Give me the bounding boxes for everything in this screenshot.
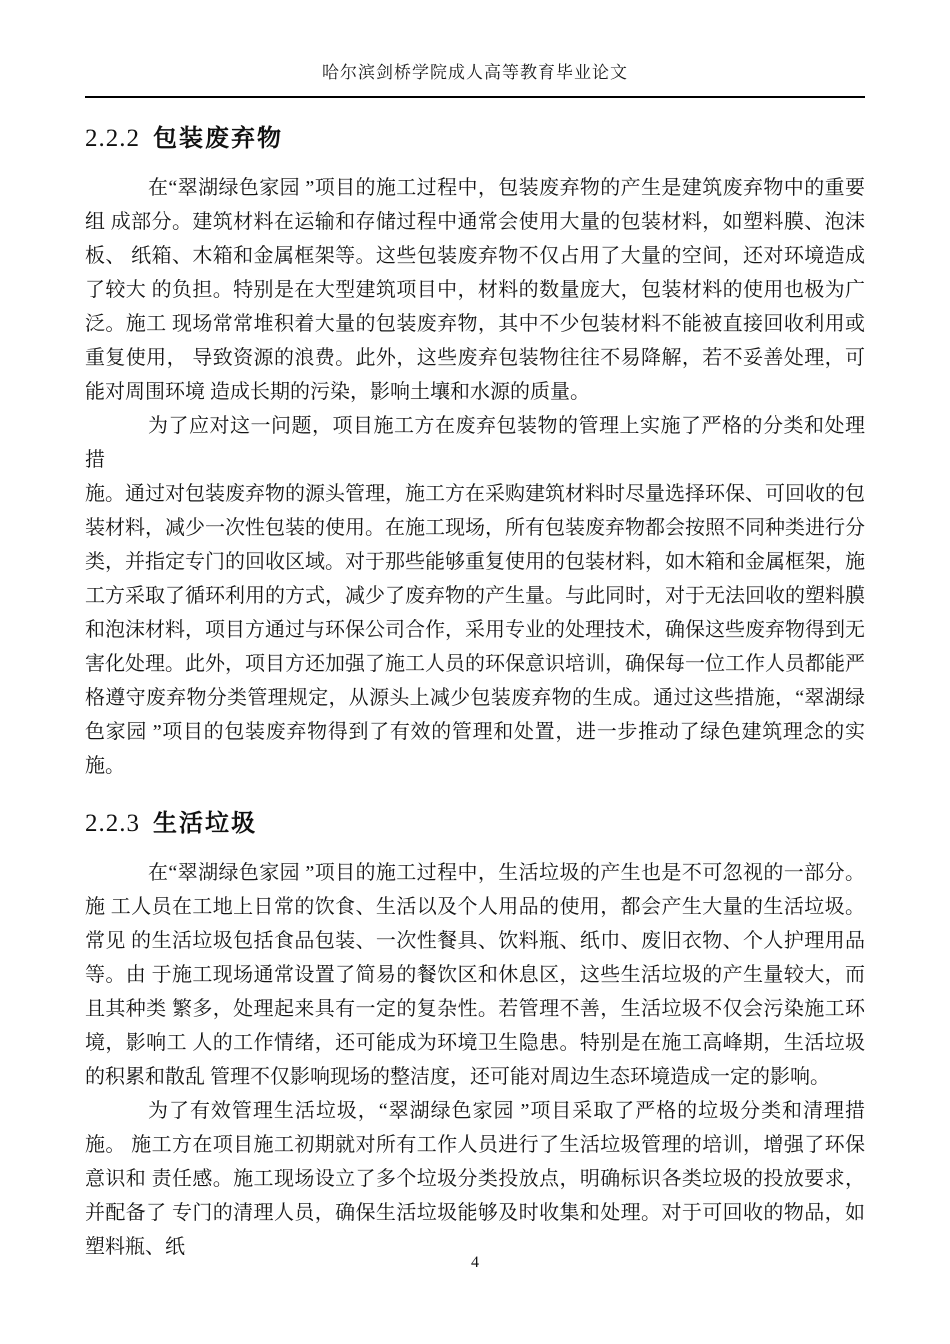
header-title: 哈尔滨剑桥学院成人高等教育毕业论文: [85, 62, 865, 84]
text-line: 板、 纸箱、木箱和金属框架等。这些包装废弃物不仅占用了大量的空间，还对环境造成: [85, 239, 865, 273]
text-line: 施。 施工方在项目施工初期就对所有工作人员进行了生活垃圾管理的培训，增强了环保: [85, 1128, 865, 1162]
text-line: 为了有效管理生活垃圾，“翠湖绿色家园 ”项目采取了严格的垃圾分类和清理措: [85, 1094, 865, 1128]
text-line: 组 成部分。建筑材料在运输和存储过程中通常会使用大量的包装材料，如塑料膜、泡沫: [85, 205, 865, 239]
paragraph: 在“翠湖绿色家园 ”项目的施工过程中，生活垃圾的产生也是不可忽视的一部分。施 工…: [85, 856, 865, 1094]
section-heading: 2.2.2包装废弃物: [85, 122, 865, 159]
text-line: 能对周围环境 造成长期的污染，影响土壤和水源的质量。: [85, 375, 865, 409]
text-line: 重复使用， 导致资源的浪费。此外，这些废弃包装物往往不易降解，若不妥善处理，可: [85, 341, 865, 375]
section-title: 生活垃圾: [153, 810, 257, 837]
text-line: 格遵守废弃物分类管理规定，从源头上减少包装废弃物的生成。通过这些措施，“翠湖绿: [85, 681, 865, 715]
text-line: 在“翠湖绿色家园 ”项目的施工过程中，生活垃圾的产生也是不可忽视的一部分。: [85, 856, 865, 890]
text-line: 和泡沫材料，项目方通过与环保公司合作，采用专业的处理技术，确保这些废弃物得到无: [85, 613, 865, 647]
page-number: 4: [0, 1254, 950, 1272]
text-line: 了较大 的负担。特别是在大型建筑项目中，材料的数量庞大，包装材料的使用也极为广: [85, 273, 865, 307]
text-line: 施。通过对包装废弃物的源头管理，施工方在采购建筑材料时尽量选择环保、可回收的包: [85, 477, 865, 511]
document-body: 2.2.2包装废弃物在“翠湖绿色家园 ”项目的施工过程中，包装废弃物的产生是建筑…: [85, 122, 865, 1264]
text-line: 装材料，减少一次性包装的使用。在施工现场，所有包装废弃物都会按照不同种类进行分: [85, 511, 865, 545]
text-line: 常见 的生活垃圾包括食品包装、一次性餐具、饮料瓶、纸巾、废旧衣物、个人护理用品: [85, 924, 865, 958]
section-title: 包装废弃物: [153, 125, 283, 152]
text-line: 并配备了 专门的清理人员，确保生活垃圾能够及时收集和处理。对于可回收的物品，如: [85, 1196, 865, 1230]
text-line: 色家园 ”项目的包装废弃物得到了有效的管理和处置，进一步推动了绿色建筑理念的实: [85, 715, 865, 749]
text-line: 害化处理。此外，项目方还加强了施工人员的环保意识培训，确保每一位工作人员都能严: [85, 647, 865, 681]
text-line: 施。: [85, 749, 865, 783]
section-heading: 2.2.3生活垃圾: [85, 807, 865, 844]
text-line: 施 工人员在工地上日常的饮食、生活以及个人用品的使用，都会产生大量的生活垃圾。: [85, 890, 865, 924]
document-page: 哈尔滨剑桥学院成人高等教育毕业论文 2.2.2包装废弃物在“翠湖绿色家园 ”项目…: [0, 0, 950, 1344]
text-line: 意识和 责任感。施工现场设立了多个垃圾分类投放点，明确标识各类垃圾的投放要求，: [85, 1162, 865, 1196]
section-number: 2.2.3: [85, 810, 140, 837]
text-line: 在“翠湖绿色家园 ”项目的施工过程中，包装废弃物的产生是建筑废弃物中的重要: [85, 171, 865, 205]
text-line: 境，影响工 人的工作情绪，还可能成为环境卫生隐患。特别是在施工高峰期，生活垃圾: [85, 1026, 865, 1060]
text-line: 泛。施工 现场常常堆积着大量的包装废弃物，其中不少包装材料不能被直接回收利用或: [85, 307, 865, 341]
text-line: 等。由 于施工现场通常设置了简易的餐饮区和休息区，这些生活垃圾的产生量较大，而: [85, 958, 865, 992]
page-footer: 4: [0, 1254, 950, 1272]
section-number: 2.2.2: [85, 125, 140, 152]
text-line: 的积累和散乱 管理不仅影响现场的整洁度，还可能对周边生态环境造成一定的影响。: [85, 1060, 865, 1094]
page-header: 哈尔滨剑桥学院成人高等教育毕业论文: [85, 62, 865, 98]
paragraph: 为了有效管理生活垃圾，“翠湖绿色家园 ”项目采取了严格的垃圾分类和清理措施。 施…: [85, 1094, 865, 1264]
text-line: 且其种类 繁多，处理起来具有一定的复杂性。若管理不善，生活垃圾不仅会污染施工环: [85, 992, 865, 1026]
paragraph: 为了应对这一问题，项目施工方在废弃包装物的管理上实施了严格的分类和处理措施。通过…: [85, 409, 865, 783]
text-line: 为了应对这一问题，项目施工方在废弃包装物的管理上实施了严格的分类和处理措: [85, 409, 865, 477]
text-line: 工方采取了循环利用的方式，减少了废弃物的产生量。与此同时，对于无法回收的塑料膜: [85, 579, 865, 613]
text-line: 类，并指定专门的回收区域。对于那些能够重复使用的包装材料，如木箱和金属框架，施: [85, 545, 865, 579]
paragraph: 在“翠湖绿色家园 ”项目的施工过程中，包装废弃物的产生是建筑废弃物中的重要组 成…: [85, 171, 865, 409]
